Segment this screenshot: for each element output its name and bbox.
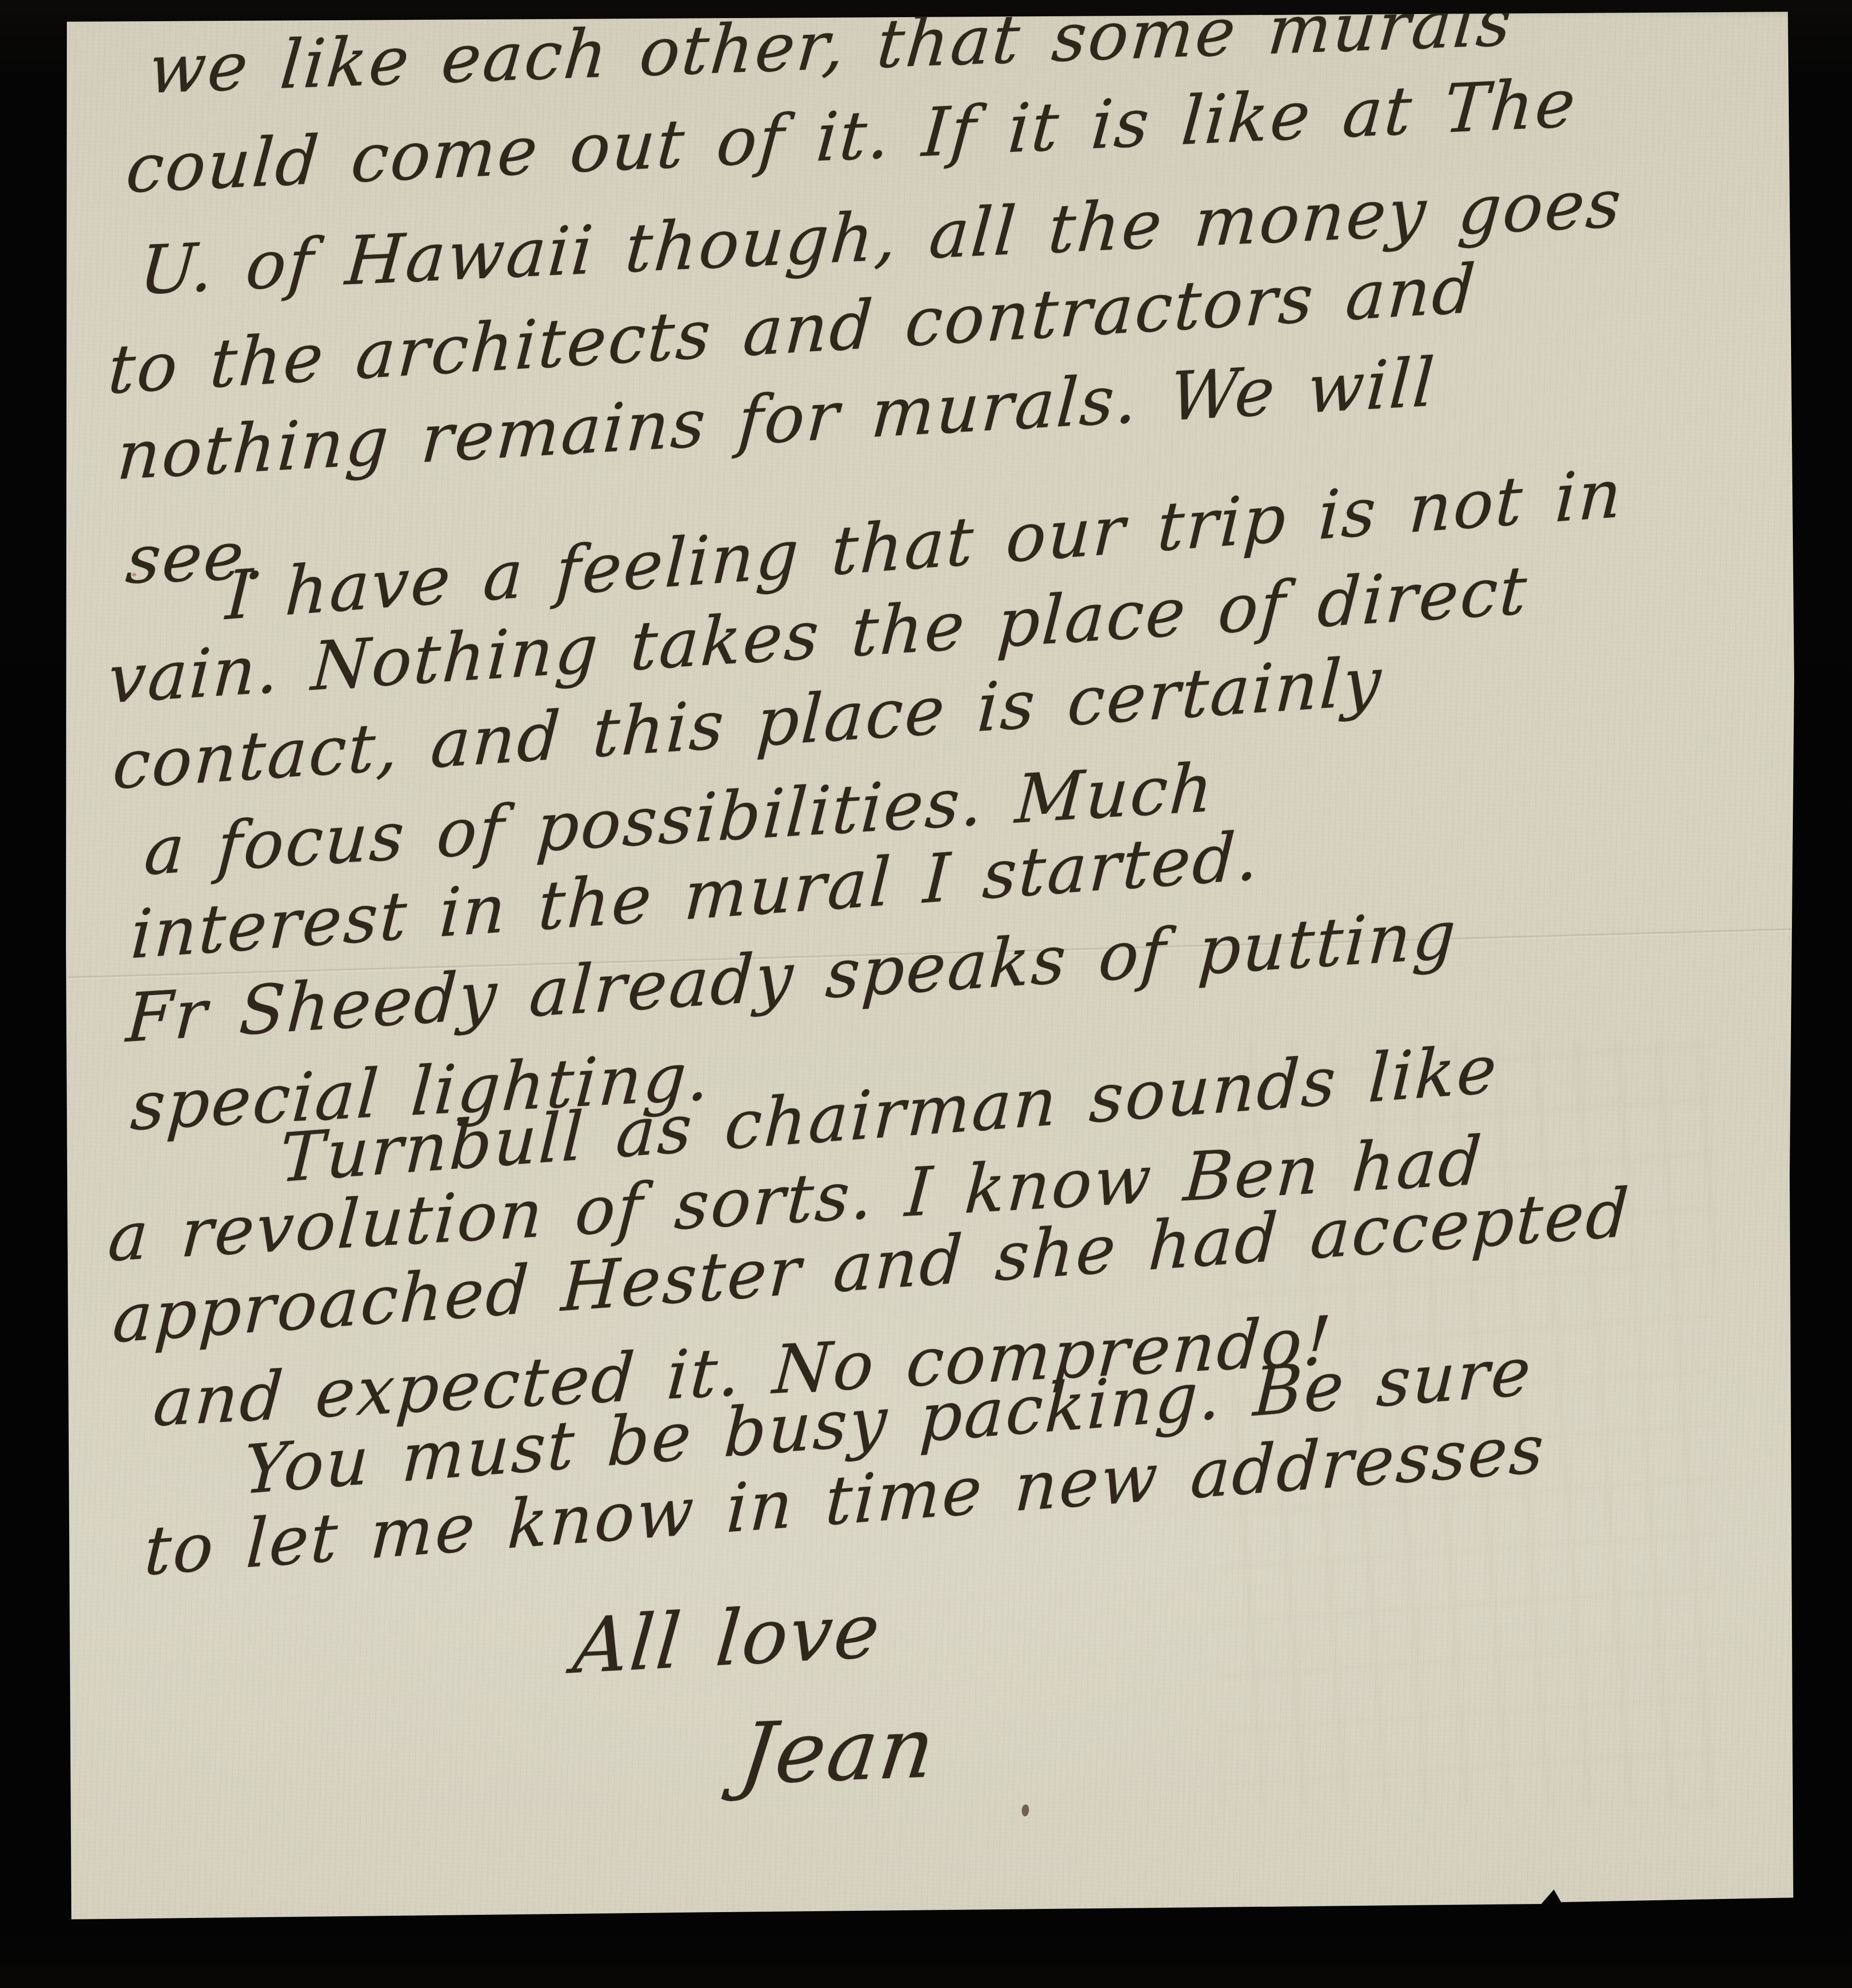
- letter-page: we like each other, that some murals cou…: [0, 0, 1852, 1988]
- closing-salutation: All love: [571, 1592, 884, 1685]
- signature: Jean: [736, 1705, 941, 1796]
- paper-speck: [1022, 1805, 1029, 1816]
- scanned-letter-scene: we like each other, that some murals cou…: [0, 0, 1852, 1988]
